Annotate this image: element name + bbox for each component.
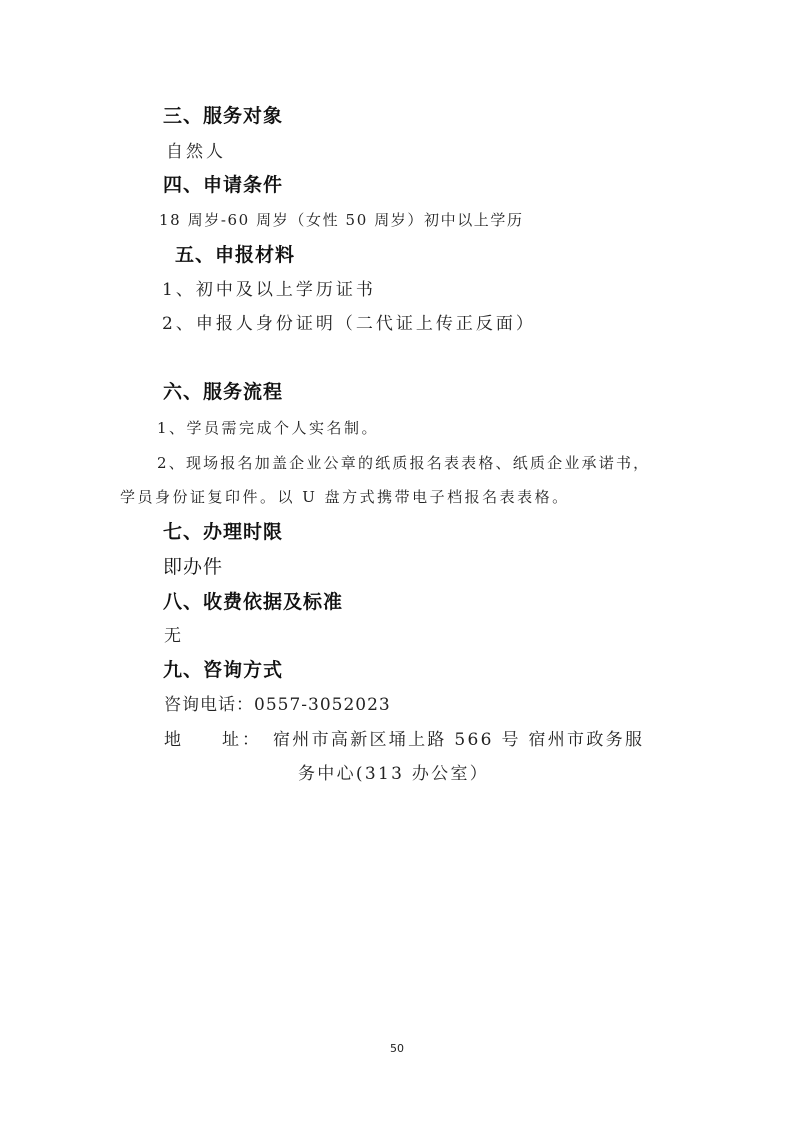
- conditions-text: 18 周岁-60 周岁（女性 50 周岁）初中以上学历: [159, 213, 524, 228]
- address-line-1: 宿州市高新区埇上路 566 号 宿州市政务服: [273, 732, 644, 749]
- materials-item-1: 1、初中及以上学历证书: [162, 282, 376, 299]
- section-heading-materials: 五、申报材料: [175, 246, 295, 265]
- page-number: 50: [390, 1043, 404, 1054]
- section-heading-process: 六、服务流程: [163, 383, 283, 402]
- time-limit-text: 即办件: [163, 558, 223, 577]
- section-heading-contact: 九、咨询方式: [163, 661, 283, 680]
- materials-item-2: 2、申报人身份证明（二代证上传正反面）: [162, 316, 536, 333]
- section-heading-fees: 八、收费依据及标准: [163, 593, 343, 612]
- section-heading-time-limit: 七、办理时限: [163, 523, 283, 542]
- document-page: 三、服务对象 自然人 四、申请条件 18 周岁-60 周岁（女性 50 周岁）初…: [0, 0, 793, 1122]
- contact-phone: 咨询电话：0557-3052023: [164, 697, 391, 714]
- process-item-1: 1、学员需完成个人实名制。: [157, 421, 379, 436]
- section-heading-service-target: 三、服务对象: [163, 107, 283, 126]
- address-label-part-2: 址：: [222, 732, 262, 749]
- service-target-text: 自然人: [166, 144, 226, 161]
- process-item-2: 2、现场报名加盖企业公章的纸质报名表表格、纸质企业承诺书，: [157, 456, 650, 471]
- address-label-part-1: 地: [164, 732, 184, 749]
- fees-text: 无: [164, 628, 184, 645]
- section-heading-conditions: 四、申请条件: [163, 176, 283, 195]
- address-line-2: 务中心(313 办公室）: [298, 766, 489, 783]
- process-item-2-continued: 学员身份证复印件。以 U 盘方式携带电子档报名表表格。: [120, 490, 570, 505]
